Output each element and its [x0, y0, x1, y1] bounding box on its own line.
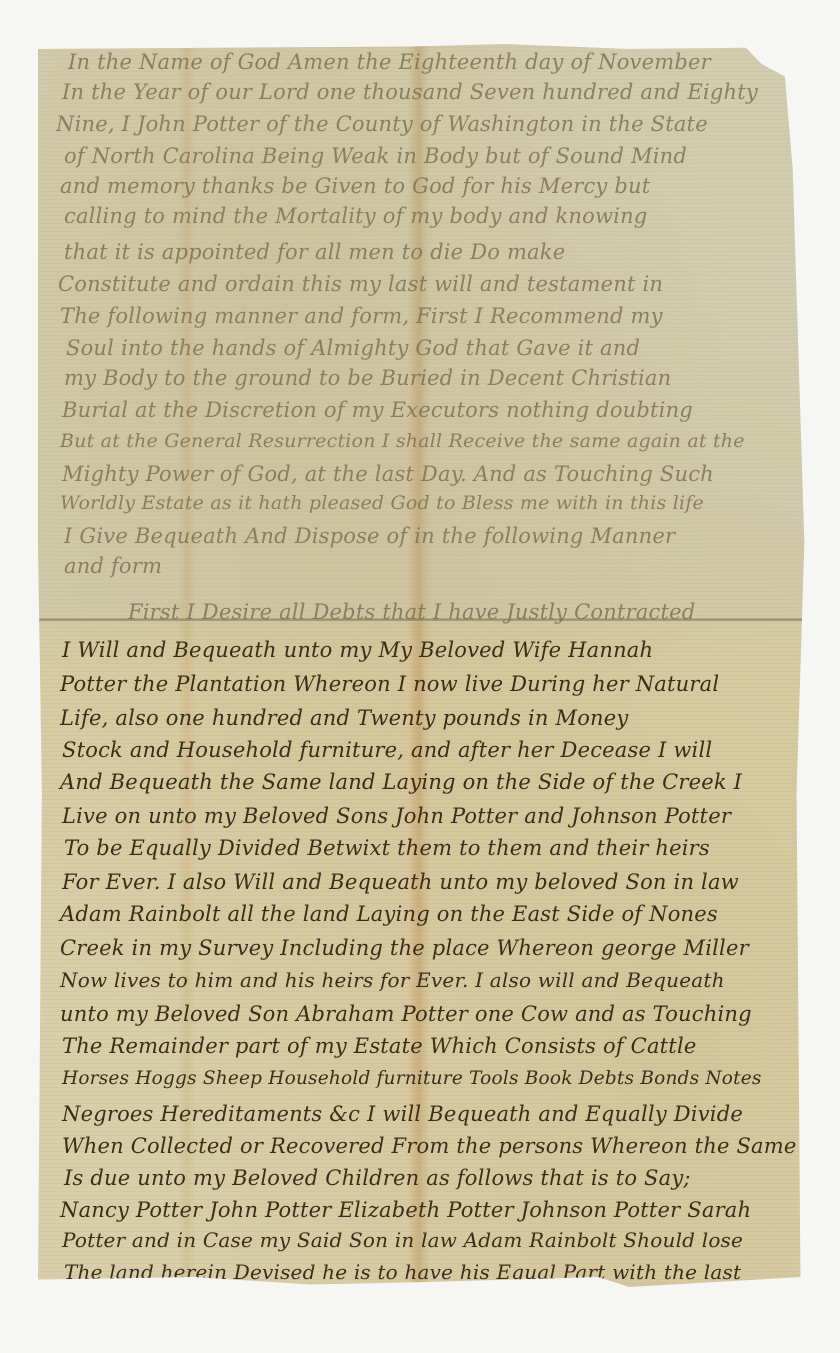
text-line: First I Desire all Debts that I have Jus… [128, 600, 695, 624]
text-line: of North Carolina Being Weak in Body but… [64, 144, 687, 168]
text-line: Worldly Estate as it hath pleased God to… [60, 492, 704, 514]
text-line: Negroes Hereditaments &c I will Bequeath… [62, 1102, 743, 1126]
text-line: unto my Beloved Son Abraham Potter one C… [60, 1002, 752, 1026]
text-line: Creek in my Survey Including the place W… [60, 936, 749, 960]
text-line: Live on unto my Beloved Sons John Potter… [62, 804, 731, 828]
text-line: The land herein Devised he is to have hi… [64, 1260, 741, 1284]
text-line: my Body to the ground to be Buried in De… [64, 366, 671, 390]
text-line: Mighty Power of God, at the last Day. An… [62, 462, 714, 486]
text-line: calling to mind the Mortality of my body… [64, 204, 647, 228]
text-line: Nine, I John Potter of the County of Was… [56, 112, 708, 136]
text-line: Constitute and ordain this my last will … [58, 272, 663, 296]
text-line: Horses Hoggs Sheep Household furniture T… [62, 1068, 762, 1089]
text-line: Nancy Potter John Potter Elizabeth Potte… [60, 1198, 751, 1222]
text-line: And Bequeath the Same land Laying on the… [60, 770, 742, 794]
text-line: But at the General Resurrection I shall … [60, 430, 745, 452]
manuscript-page: In the Name of God Amen the Eighteenth d… [38, 44, 816, 1292]
text-line: Burial at the Discretion of my Executors… [62, 398, 693, 422]
text-line: I Give Bequeath And Dispose of in the fo… [64, 524, 675, 548]
text-line: and memory thanks be Given to God for hi… [60, 174, 650, 198]
text-line: Stock and Household furniture, and after… [62, 738, 712, 762]
text-line: Potter the Plantation Whereon I now live… [60, 672, 719, 696]
text-line: Now lives to him and his heirs for Ever.… [60, 968, 725, 992]
text-line: Is due unto my Beloved Children as follo… [64, 1166, 691, 1190]
text-line: The Remainder part of my Estate Which Co… [62, 1034, 696, 1058]
text-line: The following manner and form, First I R… [60, 304, 663, 328]
text-line: To be Equally Divided Betwixt them to th… [64, 836, 710, 860]
text-line: Life, also one hundred and Twenty pounds… [60, 706, 628, 730]
text-line: Adam Rainbolt all the land Laying on the… [60, 902, 718, 926]
text-line: Soul into the hands of Almighty God that… [66, 336, 640, 360]
text-line: For Ever. I also Will and Bequeath unto … [62, 870, 739, 894]
text-line: that it is appointed for all men to die … [64, 240, 565, 264]
text-line: In the Year of our Lord one thousand Sev… [62, 80, 758, 104]
text-line: When Collected or Recovered From the per… [62, 1134, 797, 1158]
text-line: Potter and in Case my Said Son in law Ad… [62, 1228, 743, 1252]
text-line: I Will and Bequeath unto my My Beloved W… [62, 638, 653, 662]
text-line: In the Name of God Amen the Eighteenth d… [68, 50, 711, 74]
